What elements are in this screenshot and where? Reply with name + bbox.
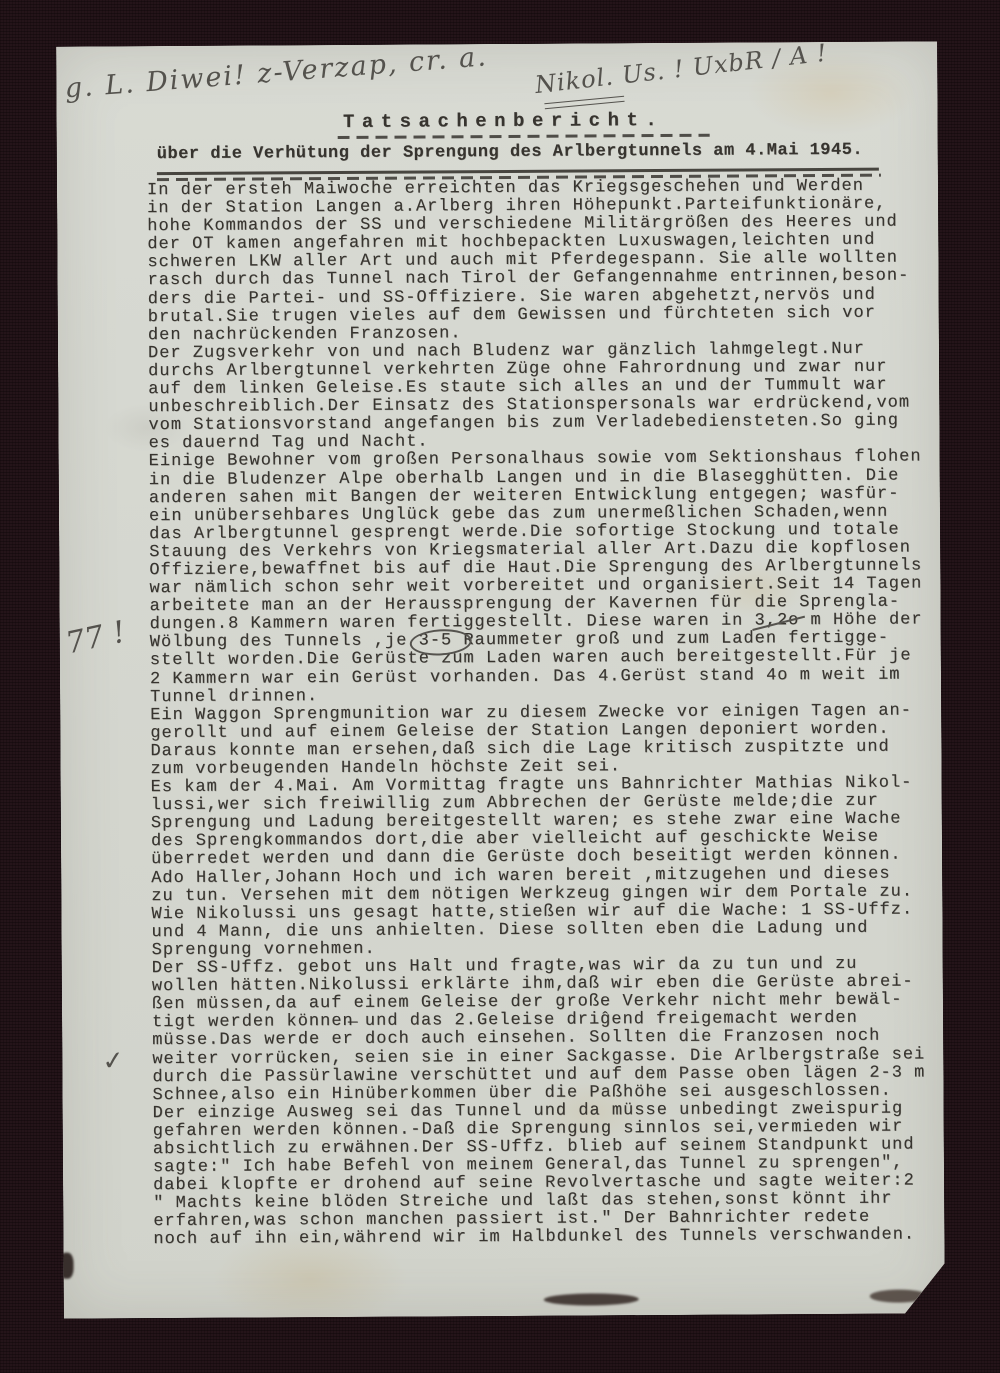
document-body: In der ersteh Maiwoche erreichten das Kr… [147, 177, 954, 1249]
margin-note-number: 77 ! [63, 614, 129, 661]
paragraph-4: Ein Waggon Sprengmunition war zu diesem … [150, 702, 950, 779]
page-subtitle: über die Verhütung der Sprengung des Arl… [157, 140, 917, 164]
checkmark-icon: ✓ [101, 1045, 125, 1077]
edge-smudge [544, 1293, 639, 1306]
underline-mark [544, 96, 624, 109]
paragraph-1: In der ersteh Maiwoche erreichten das Kr… [147, 177, 948, 345]
paragraph-3: Einige Bewohner vom großen Personalhaus … [149, 449, 951, 707]
photo-background: { "page": { "background_color": "#241419… [0, 0, 1000, 1373]
folded-corner [905, 1263, 945, 1313]
handwritten-note-top-right: Nikol. Us. ! UxbR / A ! [534, 39, 829, 99]
handwritten-note-top-left: g. L. Diwei! z-Verzap, cr. a. [64, 41, 489, 104]
paragraph-5: Es kam der 4.Mai. Am Vormittag fragte un… [151, 774, 952, 960]
edge-smudge [870, 1289, 928, 1302]
title-underline [338, 134, 710, 139]
edge-smudge [59, 1253, 73, 1279]
page-title: Tatsachenbericht. [343, 109, 664, 133]
document-page: g. L. Diwei! z-Verzap, cr. a. Nikol. Us.… [56, 41, 945, 1318]
paragraph-2: Der Zugsverkehr von und nach Bludenz war… [148, 340, 949, 453]
paragraph-6: Der SS-Uffz. gebot uns Halt und fragte,w… [152, 955, 954, 1249]
